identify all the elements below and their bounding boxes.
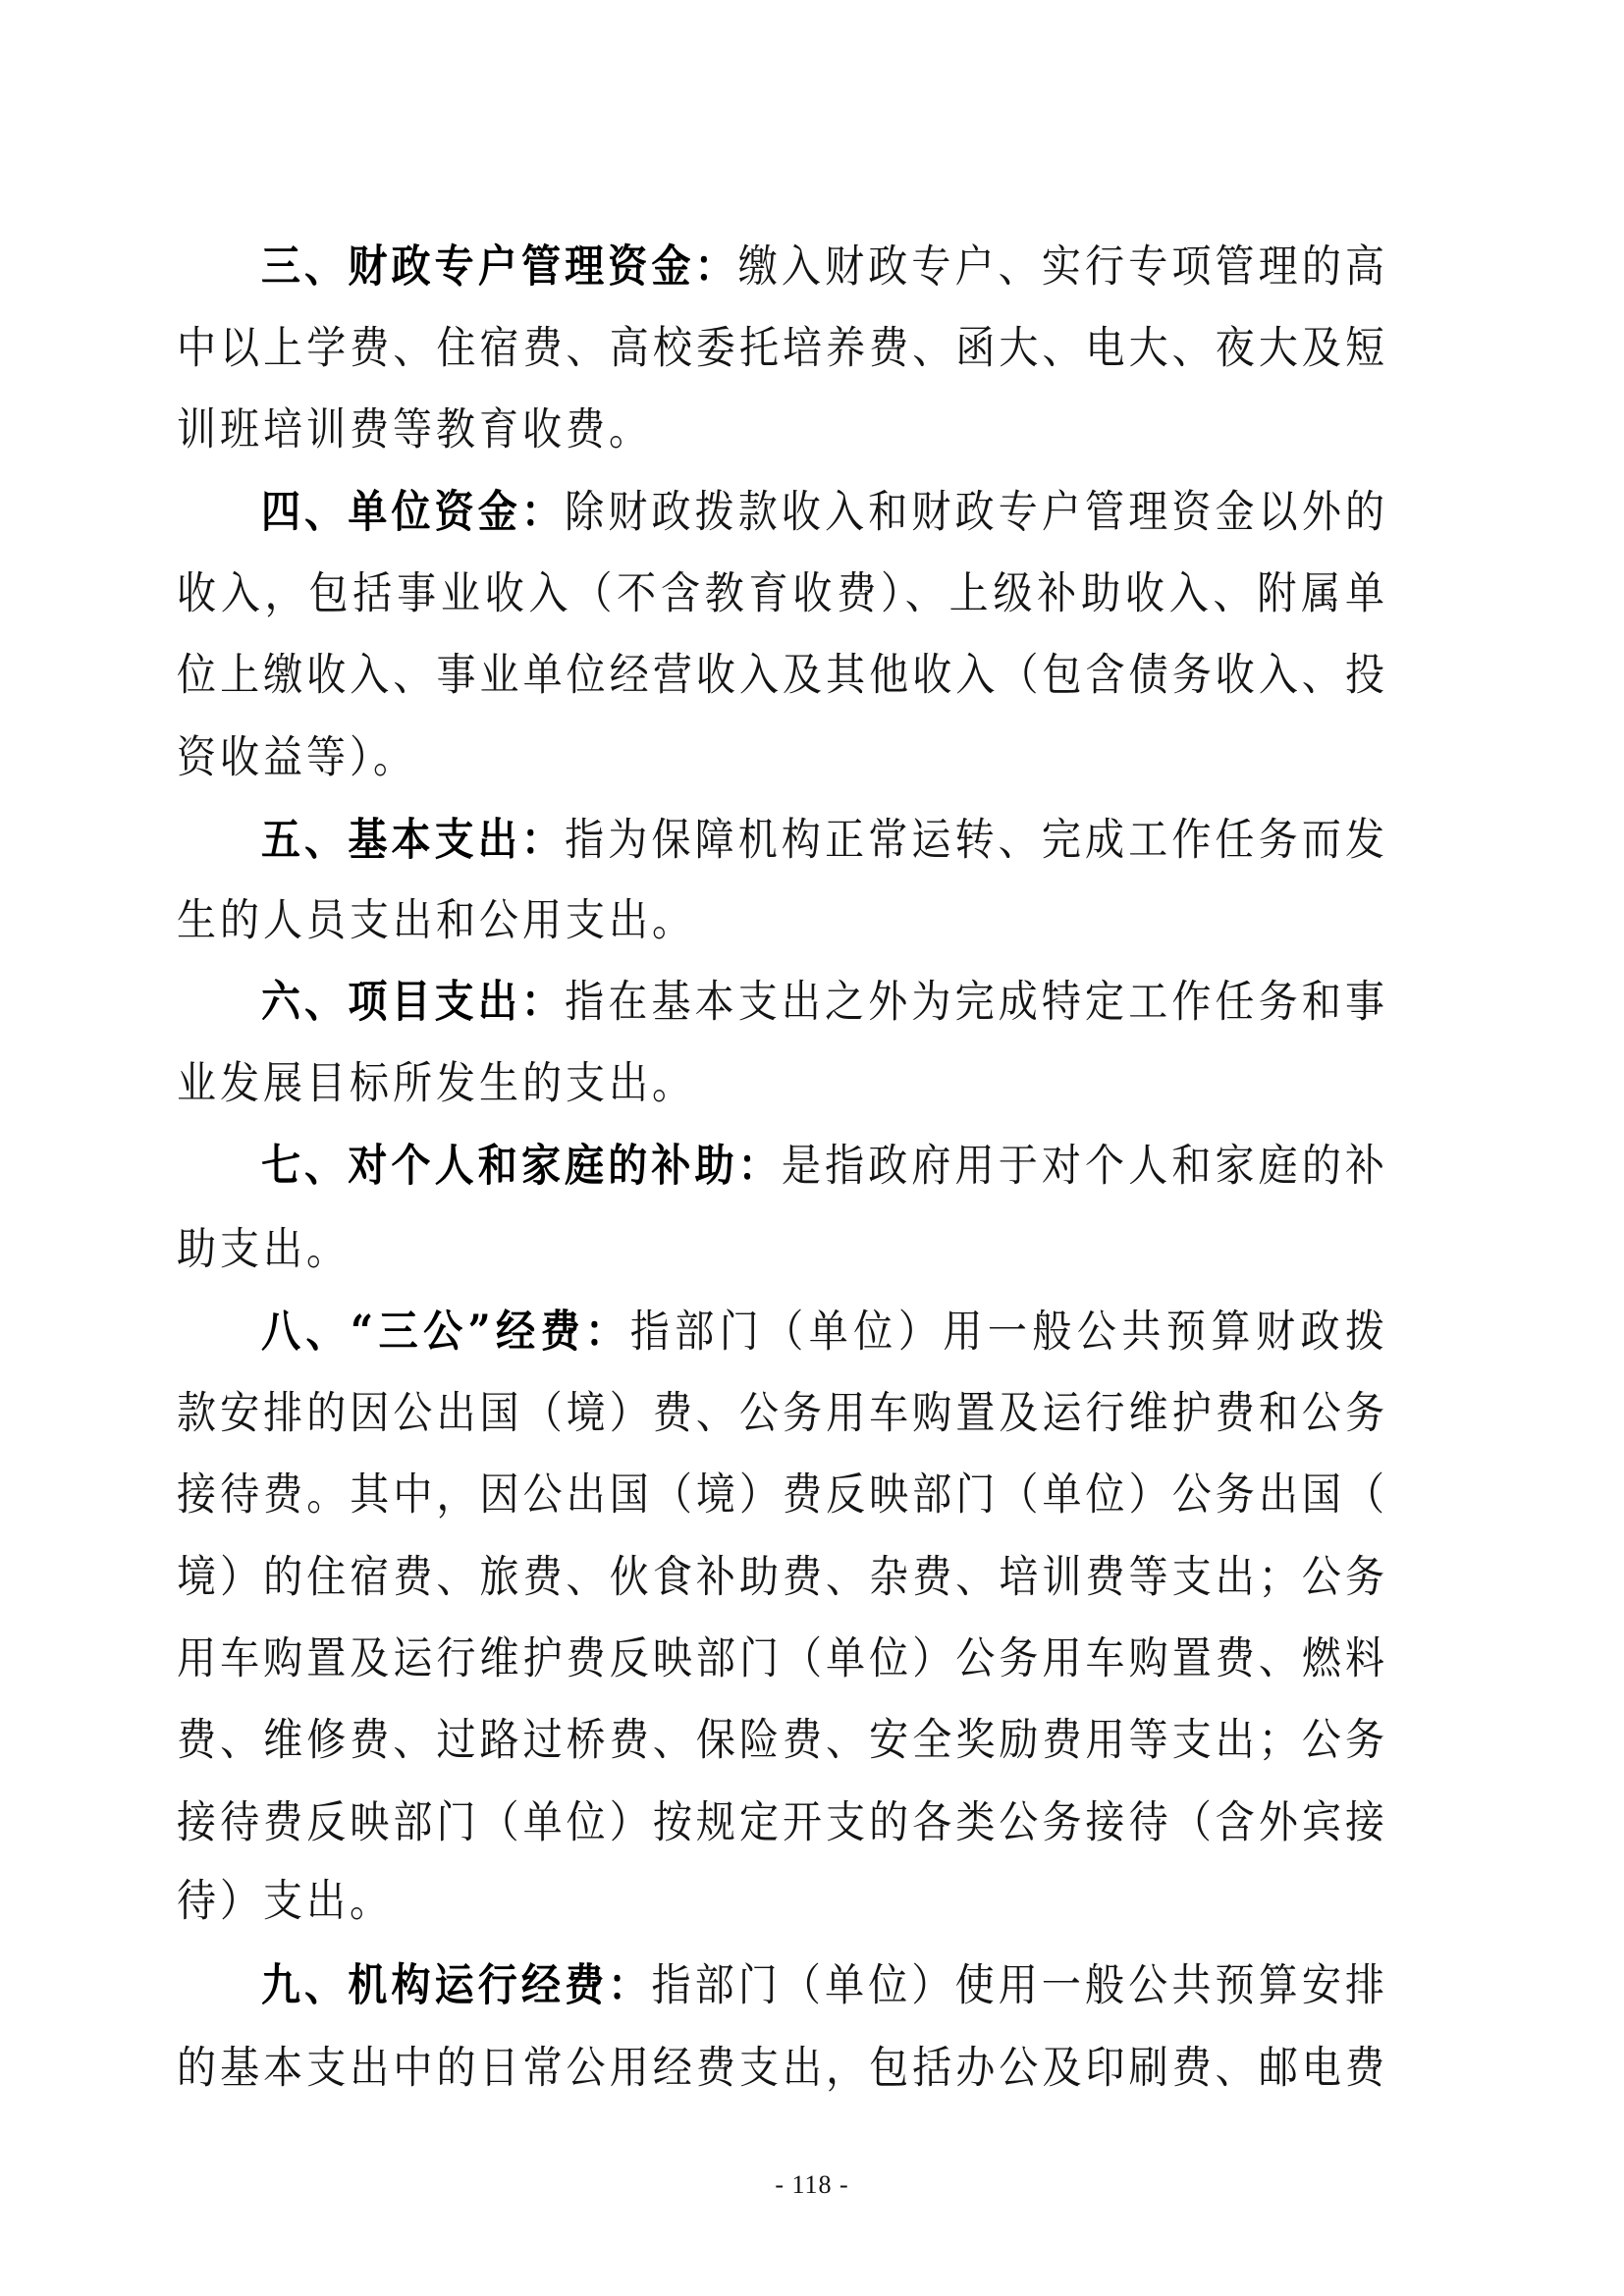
paragraph-7-line-2: 助支出。 bbox=[177, 1221, 1388, 1278]
paragraph-5-text: 指为保障机构正常运转、完成工作任务而发 bbox=[565, 815, 1388, 866]
paragraph-9-line-2: 的基本支出中的日常公用经费支出，包括办公及印刷费、邮电费 bbox=[177, 2040, 1388, 2097]
paragraph-3-line-3: 训班培训费等教育收费。 bbox=[177, 401, 1388, 458]
paragraph-8-heading: 八、“三公”经费： bbox=[261, 1306, 630, 1358]
paragraph-8-line-2: 款安排的因公出国（境）费、公务用车购置及运行维护费和公务 bbox=[177, 1385, 1388, 1442]
paragraph-6-text: 指在基本支出之外为完成特定工作任务和事 bbox=[565, 977, 1388, 1028]
paragraph-4-text: 除财政拨款收入和财政专户管理资金以外的 bbox=[565, 487, 1388, 538]
paragraph-8-text: 指部门（单位）用一般公共预算财政拨 bbox=[630, 1307, 1388, 1358]
paragraph-9-text: 指部门（单位）使用一般公共预算安排 bbox=[651, 1960, 1388, 2011]
paragraph-4-line-1: 四、单位资金：除财政拨款收入和财政专户管理资金以外的 bbox=[261, 484, 1388, 541]
paragraph-3-text: 缴入财政专户、实行专项管理的高 bbox=[738, 241, 1388, 293]
paragraph-8-line-5: 用车购置及运行维护费反映部门（单位）公务用车购置费、燃料 bbox=[177, 1630, 1388, 1687]
paragraph-4-heading: 四、单位资金： bbox=[261, 486, 565, 538]
paragraph-3-heading: 三、财政专户管理资金： bbox=[261, 240, 738, 293]
document-page: 三、财政专户管理资金：缴入财政专户、实行专项管理的高 中以上学费、住宿费、高校委… bbox=[0, 0, 1624, 2296]
paragraph-4-line-2: 收入，包括事业收入（不含教育收费）、上级补助收入、附属单 bbox=[177, 565, 1388, 622]
paragraph-6-heading: 六、项目支出： bbox=[261, 976, 565, 1028]
paragraph-7-text: 是指政府用于对个人和家庭的补 bbox=[782, 1141, 1388, 1192]
page-number: - 118 - bbox=[0, 2170, 1624, 2200]
paragraph-6-line-2: 业发展目标所发生的支出。 bbox=[177, 1055, 1388, 1112]
paragraph-9-heading: 九、机构运行经费： bbox=[261, 1959, 651, 2011]
paragraph-8-line-4: 境）的住宿费、旅费、伙食补助费、杂费、培训费等支出；公务 bbox=[177, 1549, 1388, 1606]
paragraph-5-heading: 五、基本支出： bbox=[261, 814, 565, 866]
paragraph-8-line-6: 费、维修费、过路过桥费、保险费、安全奖励费用等支出；公务 bbox=[177, 1712, 1388, 1769]
paragraph-3-line-1: 三、财政专户管理资金：缴入财政专户、实行专项管理的高 bbox=[261, 239, 1388, 295]
paragraph-7-line-1: 七、对个人和家庭的补助：是指政府用于对个人和家庭的补 bbox=[261, 1138, 1388, 1195]
paragraph-8-line-8: 待）支出。 bbox=[177, 1873, 1388, 1930]
paragraph-8-line-1: 八、“三公”经费：指部门（单位）用一般公共预算财政拨 bbox=[261, 1304, 1388, 1361]
paragraph-6-line-1: 六、项目支出：指在基本支出之外为完成特定工作任务和事 bbox=[261, 974, 1388, 1031]
paragraph-5-line-2: 生的人员支出和公用支出。 bbox=[177, 892, 1388, 949]
paragraph-8-line-3: 接待费。其中，因公出国（境）费反映部门（单位）公务出国（ bbox=[177, 1467, 1388, 1523]
paragraph-3-line-2: 中以上学费、住宿费、高校委托培养费、函大、电大、夜大及短 bbox=[177, 320, 1388, 377]
paragraph-5-line-1: 五、基本支出：指为保障机构正常运转、完成工作任务而发 bbox=[261, 812, 1388, 869]
paragraph-4-line-4: 资收益等）。 bbox=[177, 729, 1388, 786]
paragraph-8-line-7: 接待费反映部门（单位）按规定开支的各类公务接待（含外宾接 bbox=[177, 1794, 1388, 1851]
paragraph-4-line-3: 位上缴收入、事业单位经营收入及其他收入（包含债务收入、投 bbox=[177, 647, 1388, 704]
paragraph-9-line-1: 九、机构运行经费：指部门（单位）使用一般公共预算安排 bbox=[261, 1957, 1388, 2014]
paragraph-7-heading: 七、对个人和家庭的补助： bbox=[261, 1140, 782, 1192]
